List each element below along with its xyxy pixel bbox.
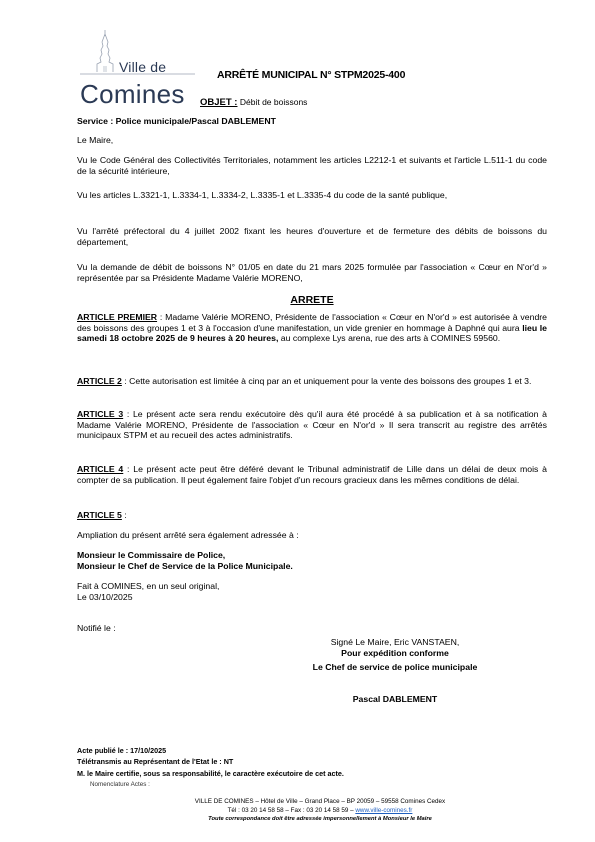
article-5-label: ARTICLE 5 — [77, 510, 122, 520]
recipient-1: Monsieur le Commissaire de Police, — [77, 550, 547, 561]
visa-3: Vu l'arrêté préfectoral du 4 juillet 200… — [77, 226, 547, 247]
nomenclature-actes: Nomenclature Actes : — [90, 781, 150, 788]
article-2-label: ARTICLE 2 — [77, 376, 122, 386]
article-5: ARTICLE 5 : — [77, 510, 547, 521]
footer-note: Toute correspondance doit être adressée … — [80, 815, 560, 824]
footer-address: VILLE DE COMINES – Hôtel de Ville – Gran… — [80, 797, 560, 806]
article-4: ARTICLE 4 : Le présent acte peut être dé… — [77, 464, 547, 485]
article-premier-label: ARTICLE PREMIER — [77, 312, 157, 322]
fait-a: Fait à COMINES, en un seul original, — [77, 581, 547, 592]
footer-contact: Tél : 03 20 14 58 58 – Fax : 03 20 14 58… — [80, 806, 560, 815]
ville-de-comines-logo: Ville de Comines — [80, 28, 195, 108]
objet-value: Débit de boissons — [240, 97, 308, 107]
signature-line-1: Signé Le Maire, Eric VANSTAEN, — [250, 637, 540, 648]
article-3: ARTICLE 3 : Le présent acte sera rendu e… — [77, 409, 547, 441]
objet-label: OBJET : — [200, 97, 237, 108]
footer: VILLE DE COMINES – Hôtel de Ville – Gran… — [80, 797, 560, 824]
signature-line-2: Pour expédition conforme — [250, 648, 540, 659]
visa-1: Vu le Code Général des Collectivités Ter… — [77, 155, 547, 176]
service-line: Service : Police municipale/Pascal DABLE… — [77, 116, 547, 127]
logo-comines: Comines — [80, 79, 185, 110]
document-date: Le 03/10/2025 — [77, 592, 547, 603]
ampliation: Ampliation du présent arrêté sera égalem… — [77, 530, 547, 541]
website-link[interactable]: www.ville-comines.fr — [355, 807, 412, 814]
maire-certifie: M. le Maire certifie, sous sa responsabi… — [77, 769, 344, 778]
footer-phone: Tél : 03 20 14 58 58 – Fax : 03 20 14 58… — [228, 807, 356, 814]
objet-line: OBJET : Débit de boissons — [200, 97, 307, 108]
signature-name: Pascal DABLEMENT — [250, 694, 540, 705]
visa-4: Vu la demande de débit de boissons N° 01… — [77, 262, 547, 283]
signature-line-3: Le Chef de service de police municipale — [250, 662, 540, 673]
article-3-label: ARTICLE 3 — [77, 409, 123, 419]
visa-2: Vu les articles L.3321-1, L.3334-1, L.33… — [77, 190, 547, 201]
le-maire: Le Maire, — [77, 135, 547, 146]
article-4-label: ARTICLE 4 — [77, 464, 123, 474]
document-title: ARRÊTÉ MUNICIPAL N° STPM2025-400 — [217, 69, 405, 81]
article-2: ARTICLE 2 : Cette autorisation est limit… — [77, 376, 547, 387]
acte-publie: Acte publié le : 17/10/2025 — [77, 746, 166, 755]
teletransmis: Télétransmis au Représentant de l'Etat l… — [77, 757, 233, 766]
logo-ville-de: Ville de — [119, 59, 166, 75]
recipient-2: Monsieur le Chef de Service de la Police… — [77, 561, 547, 572]
article-premier: ARTICLE PREMIER : Madame Valérie MORENO,… — [77, 312, 547, 344]
notifie-le: Notifié le : — [77, 623, 547, 634]
arrete-heading: ARRETE — [77, 294, 547, 306]
